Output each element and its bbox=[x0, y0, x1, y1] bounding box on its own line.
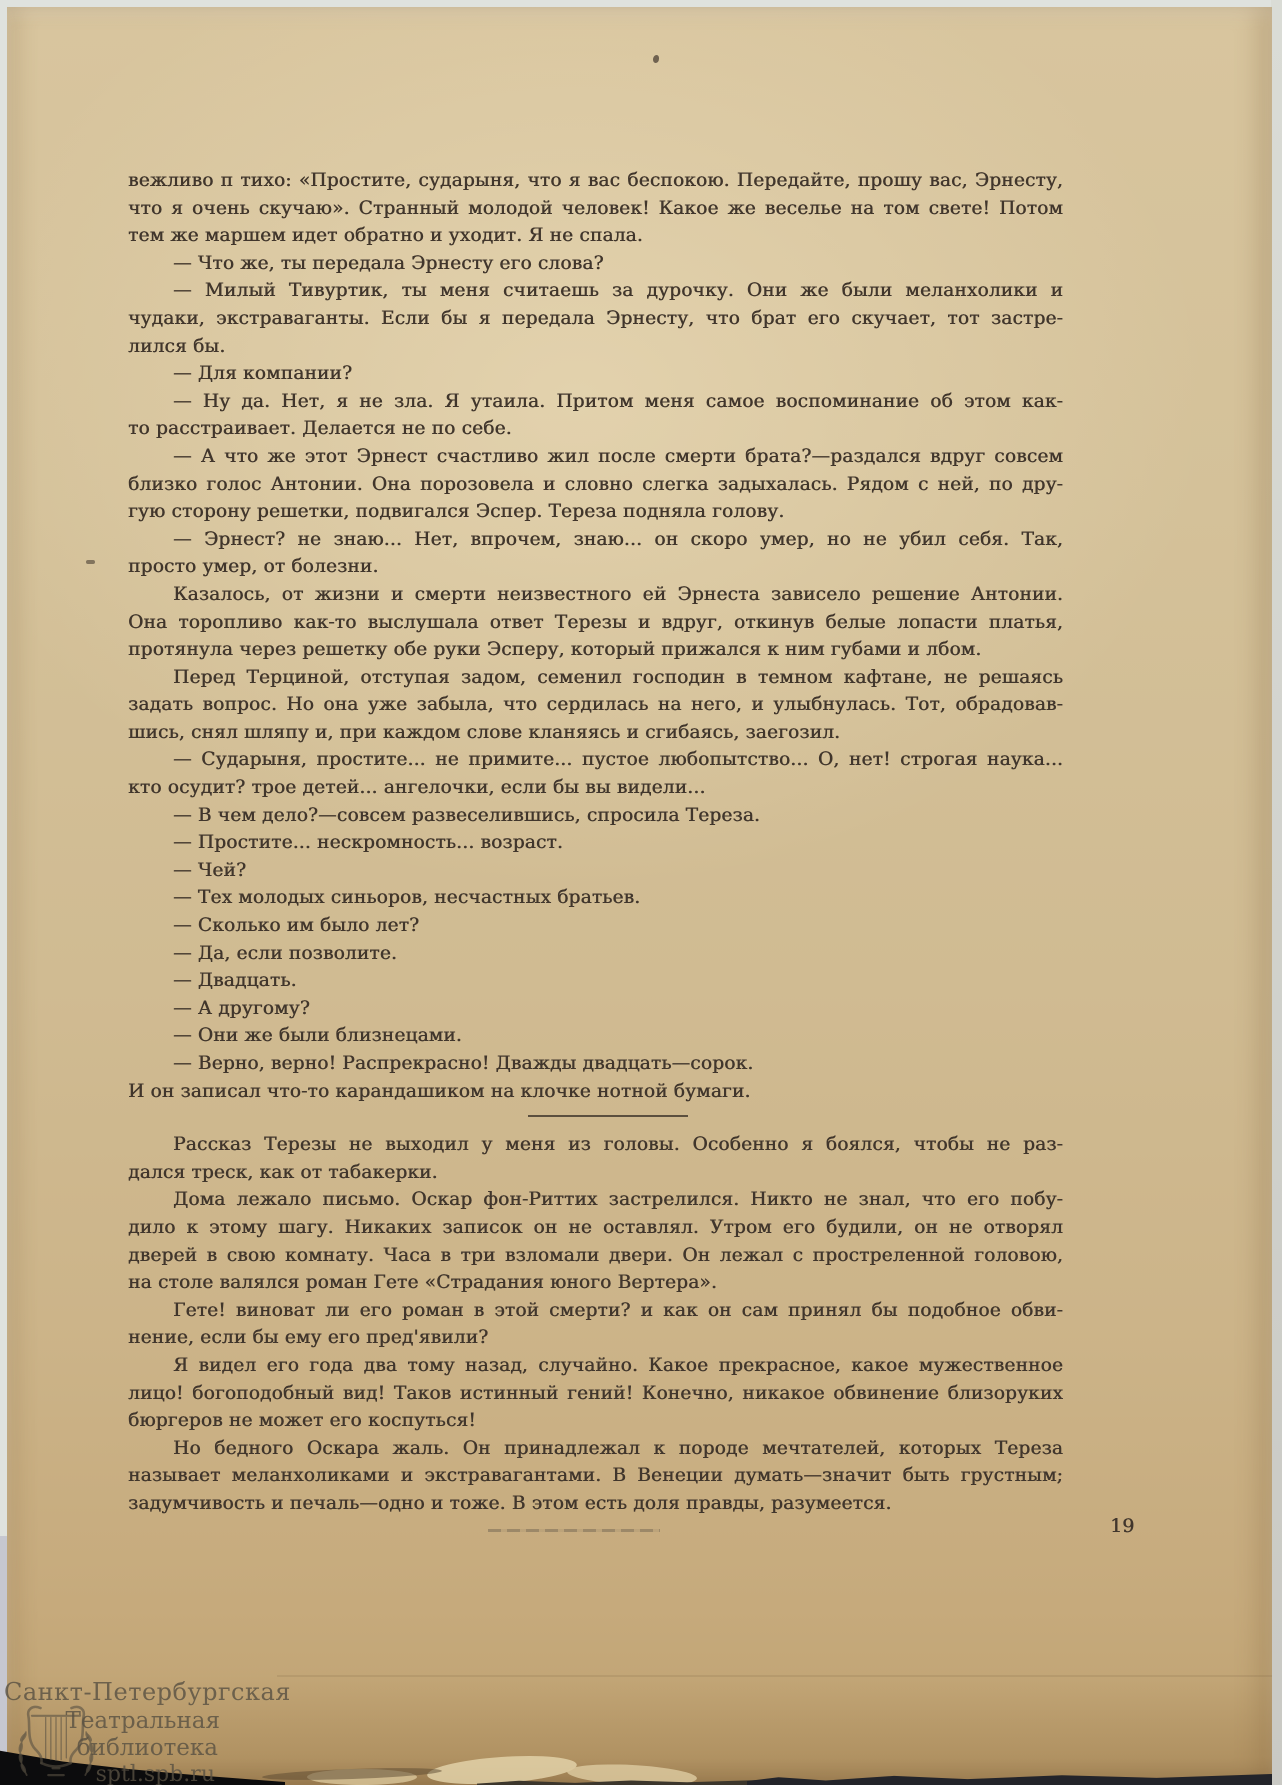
text-line: Но бедного Оскара жаль. Он принадлежал к… bbox=[128, 1435, 1063, 1463]
section-divider bbox=[528, 1115, 688, 1117]
watermark-line: Театральная bbox=[0, 1708, 220, 1734]
watermark-url: sptl.spb.ru bbox=[0, 1762, 215, 1785]
text-line: дило к этому шагу. Никаких записок он не… bbox=[128, 1214, 1063, 1242]
text-line: — Эрнест? не знаю... Нет, впрочем, знаю.… bbox=[128, 526, 1063, 554]
text-line: — Сколько им было лет? bbox=[128, 912, 1063, 940]
text-line: Дома лежало письмо. Оскар фон-Риттих зас… bbox=[128, 1186, 1063, 1214]
text-line: дался треск, как от табакерки. bbox=[128, 1159, 1063, 1187]
text-line: — Да, если позволите. bbox=[128, 940, 1063, 968]
end-divider bbox=[488, 1529, 660, 1532]
text-line: И он записал что-то карандашиком на клоч… bbox=[128, 1078, 1063, 1106]
narrative-section: Рассказ Терезы не выходил у меня из голо… bbox=[128, 1131, 1063, 1517]
text-line: — Они же были близнецами. bbox=[128, 1022, 1063, 1050]
text-block: вежливо п тихо: «Простите, сударыня, что… bbox=[128, 167, 1063, 1532]
text-line: — Простите... нескромность... возраст. bbox=[128, 829, 1063, 857]
text-line: Гете! виноват ли его роман в этой смерти… bbox=[128, 1297, 1063, 1325]
scanner-background-right bbox=[1271, 0, 1282, 1785]
text-line: — Для компании? bbox=[128, 360, 1063, 388]
text-line: протянула через решетку обе руки Эсперу,… bbox=[128, 636, 1063, 664]
text-line: близко голос Антонии. Она порозовела и с… bbox=[128, 471, 1063, 499]
text-line: — А другому? bbox=[128, 995, 1063, 1023]
text-line: гую сторону решетки, подвигался Эспер. Т… bbox=[128, 498, 1063, 526]
text-line: то расстраивает. Делается не по себе. bbox=[128, 415, 1063, 443]
text-line: — А что же этот Эрнест счастливо жил пос… bbox=[128, 443, 1063, 471]
text-line: — Верно, верно! Распрекрасно! Дважды два… bbox=[128, 1050, 1063, 1078]
paper-speck bbox=[86, 560, 95, 564]
text-line: дверей в свою комнату. Часа в три взлома… bbox=[128, 1242, 1063, 1270]
text-line: Перед Терциной, отступая задом, семенил … bbox=[128, 664, 1063, 692]
text-line: вежливо п тихо: «Простите, сударыня, что… bbox=[128, 167, 1063, 195]
book-page: вежливо п тихо: «Простите, сударыня, что… bbox=[7, 7, 1272, 1785]
text-line: — Что же, ты передала Эрнесту его слова? bbox=[128, 250, 1063, 278]
library-watermark: Санкт-Петербургская bbox=[0, 1670, 235, 1785]
text-line: нение, если бы ему его пред'явили? bbox=[128, 1324, 1063, 1352]
watermark-line: библиотека bbox=[0, 1735, 218, 1761]
text-line: Рассказ Терезы не выходил у меня из голо… bbox=[128, 1131, 1063, 1159]
text-line: на столе валялся роман Гете «Страдания ю… bbox=[128, 1269, 1063, 1297]
text-line: — В чем дело?—совсем развеселившись, спр… bbox=[128, 802, 1063, 830]
text-line: — Чей? bbox=[128, 857, 1063, 885]
text-line: чудаки, экстраваганты. Если бы я передал… bbox=[128, 305, 1063, 333]
page-number: 19 bbox=[1110, 1515, 1134, 1537]
text-line: называет меланхоликами и экстравагантами… bbox=[128, 1462, 1063, 1490]
text-line: — Двадцать. bbox=[128, 967, 1063, 995]
text-line: — Милый Тивуртик, ты меня считаешь за ду… bbox=[128, 277, 1063, 305]
text-line: Я видел его года два тому назад, случайн… bbox=[128, 1352, 1063, 1380]
text-line: — Ну да. Нет, я не зла. Я утаила. Притом… bbox=[128, 388, 1063, 416]
text-line: Она торопливо как-то выслушала ответ Тер… bbox=[128, 609, 1063, 637]
text-line: что я очень скучаю». Странный молодой че… bbox=[128, 195, 1063, 223]
text-line: шись, снял шляпу и, при каждом слове кла… bbox=[128, 719, 1063, 747]
text-line: просто умер, от болезни. bbox=[128, 553, 1063, 581]
text-line: Казалось, от жизни и смерти неизвестного… bbox=[128, 581, 1063, 609]
text-line: лицо! богоподобный вид! Таков истинный г… bbox=[128, 1380, 1063, 1408]
text-line: лился бы. bbox=[128, 333, 1063, 361]
text-line: бюргеров не может его коспуться! bbox=[128, 1407, 1063, 1435]
text-line: кто осудит? трое детей... ангелочки, есл… bbox=[128, 774, 1063, 802]
text-line: — Сударыня, простите... не примите... пу… bbox=[128, 746, 1063, 774]
scanned-page: вежливо п тихо: «Простите, сударыня, что… bbox=[0, 0, 1282, 1785]
text-line: задумчивость и печаль—одно и тоже. В это… bbox=[128, 1490, 1063, 1518]
text-line: — Тех молодых синьоров, несчастных брать… bbox=[128, 884, 1063, 912]
paper-speck bbox=[653, 55, 659, 63]
text-line: задать вопрос. Но она уже забыла, что се… bbox=[128, 691, 1063, 719]
dialogue-section: вежливо п тихо: «Простите, сударыня, что… bbox=[128, 167, 1063, 1105]
text-line: тем же маршем идет обратно и уходит. Я н… bbox=[128, 222, 1063, 250]
